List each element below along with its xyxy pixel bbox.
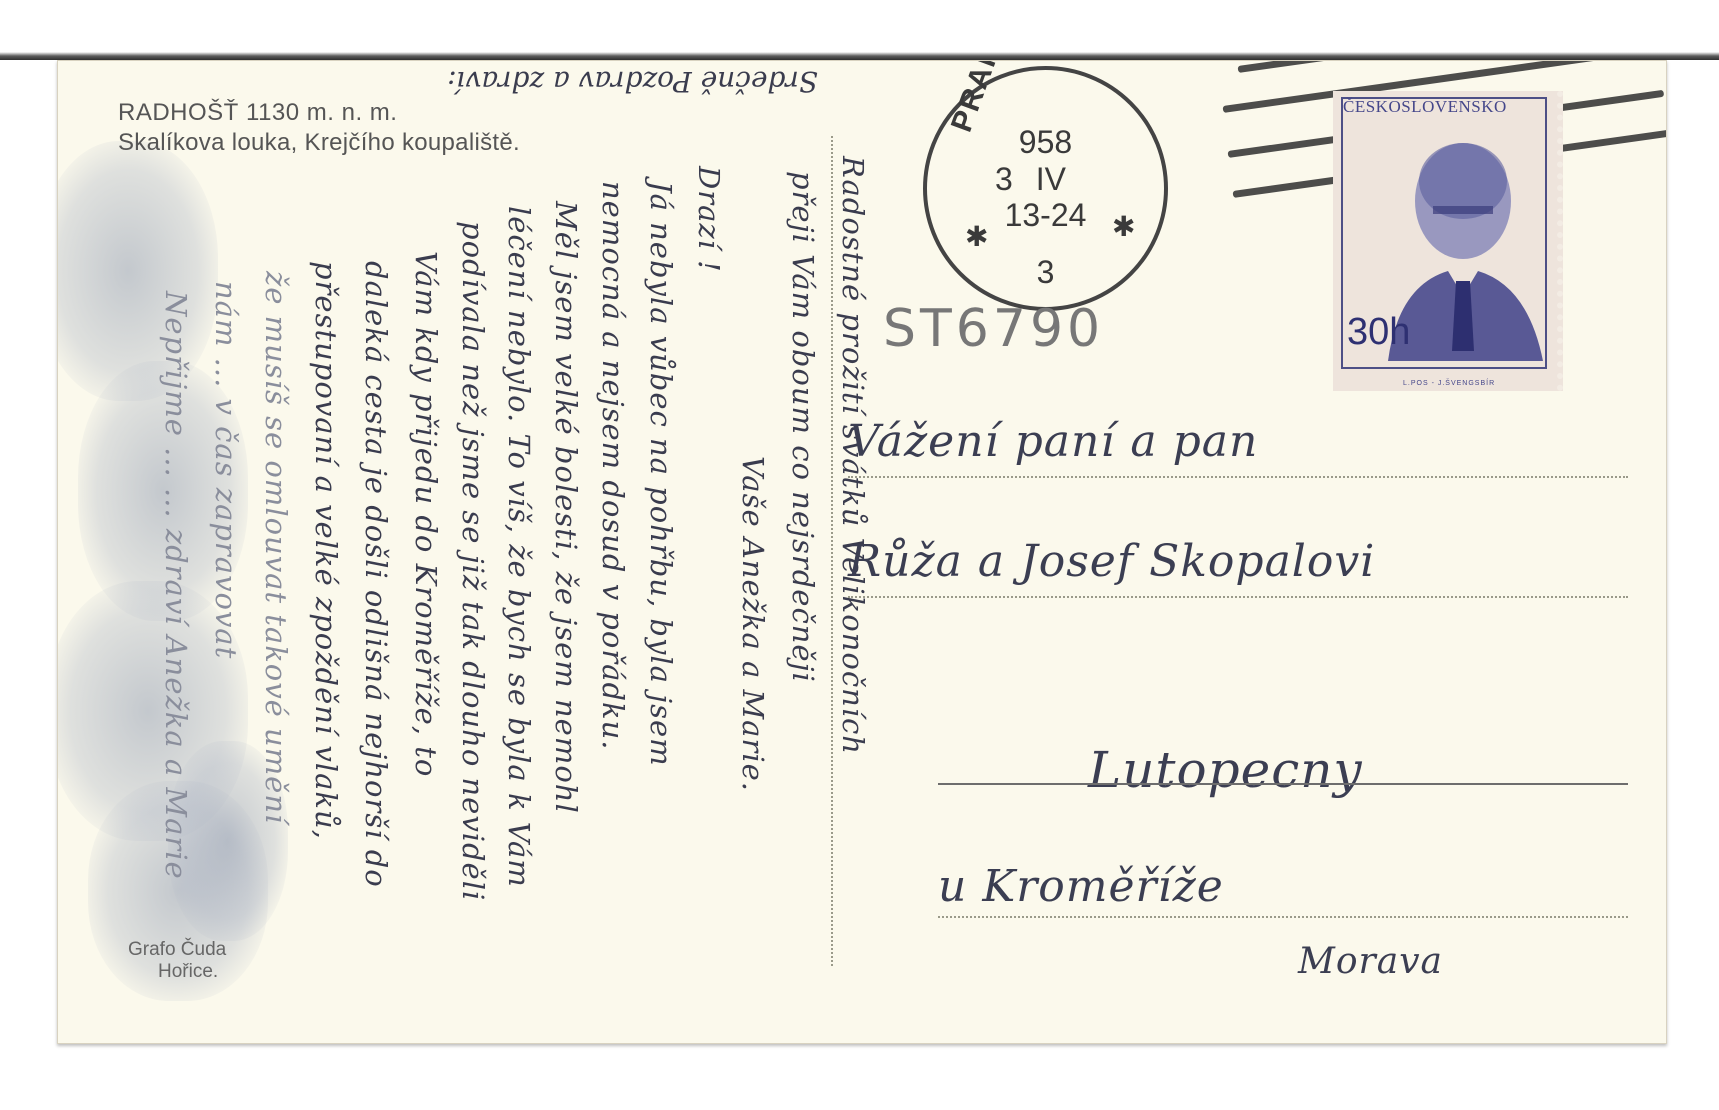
publisher-name: Grafo Čuda (128, 939, 226, 961)
address-town: Lutopecny (1088, 741, 1363, 799)
postmark-month: IV (1036, 161, 1066, 197)
scan-edge-shadow (0, 0, 1719, 60)
address-district: u Kroměříže (938, 861, 1224, 912)
stamp-value: 30h (1347, 311, 1410, 354)
address-recipient: Růža a Josef Skopalovi (848, 536, 1375, 587)
stamp-country: ČESKOSLOVENSKO (1343, 97, 1507, 117)
message-line: že musíš se omlouvat takové umění (259, 271, 293, 824)
message-line: nemocná a nejsem dosud v pořádku. (596, 181, 630, 751)
publisher-city: Hořice. (128, 961, 226, 983)
message-line: Měl jsem velké bolesti, že jsem nemohl (549, 201, 583, 814)
cancellation-bar (1238, 60, 1655, 73)
message-line: daleká cesta je došli odlišná nejhorší d… (359, 261, 393, 888)
message-line: Vaše Anežka a Marie. (736, 456, 770, 792)
handwritten-greeting-upside-down: Srdečně Pozdrav a zdraví: (258, 65, 818, 98)
postmark: PRAHA 025 958 3 IV 13-24 ✱ ✱ 3 (923, 66, 1168, 311)
message-line: podívala než jsme se již tak dlouho nevi… (456, 221, 490, 901)
postmark-day: 3 (995, 161, 1013, 197)
address-line (848, 476, 1628, 478)
message-line: přestupovaní a velké zpoždění vlaků, (309, 261, 343, 840)
caption-subtitle: Skalíkova louka, Krejčího koupaliště. (118, 129, 520, 157)
postmark-date: 3 IV (912, 162, 1149, 196)
message-line: Nepřijme ... ... zdraví Anežka a Marie (159, 291, 193, 880)
caption-title: RADHOŠŤ 1130 m. n. m. (118, 99, 397, 127)
address-underline (938, 783, 1628, 785)
message-line: přeji Vám oboum co nejsrdečněji (786, 171, 820, 683)
stamp-credit: L.POS - J.ŠVENGSBÍR (1403, 380, 1495, 387)
message-line: Vám kdy přijedu do Kroměříže, to (409, 251, 443, 777)
address-line (938, 916, 1628, 918)
postage-stamp: ČESKOSLOVENSKO 30h L.POS - J.ŠVENGSBÍR (1333, 91, 1563, 391)
message-line: Drazí ! (692, 166, 726, 273)
water-stain (57, 141, 218, 401)
message-address-divider (831, 136, 833, 966)
message-line: léčení nebylo. To víš, že bych se byla k… (502, 206, 536, 888)
reference-code: ST6790 (883, 299, 1104, 359)
star-icon: ✱ (965, 220, 988, 253)
star-icon: ✱ (1112, 210, 1135, 243)
postcard-back: RADHOŠŤ 1130 m. n. m. Skalíkova louka, K… (57, 60, 1667, 1044)
postmark-year: 958 (927, 125, 1164, 159)
address-region: Morava (1298, 941, 1443, 982)
publisher-imprint: Grafo Čuda Hořice. (128, 939, 226, 983)
address-line (848, 596, 1628, 598)
postmark-office: 3 (927, 255, 1164, 289)
message-line: nám ... v čas zapravovat (209, 281, 243, 659)
message-line: Já nebyla vůbec na pohřbu, byla jsem (644, 181, 678, 767)
address-salutation: Vážení paní a pan (848, 416, 1258, 467)
